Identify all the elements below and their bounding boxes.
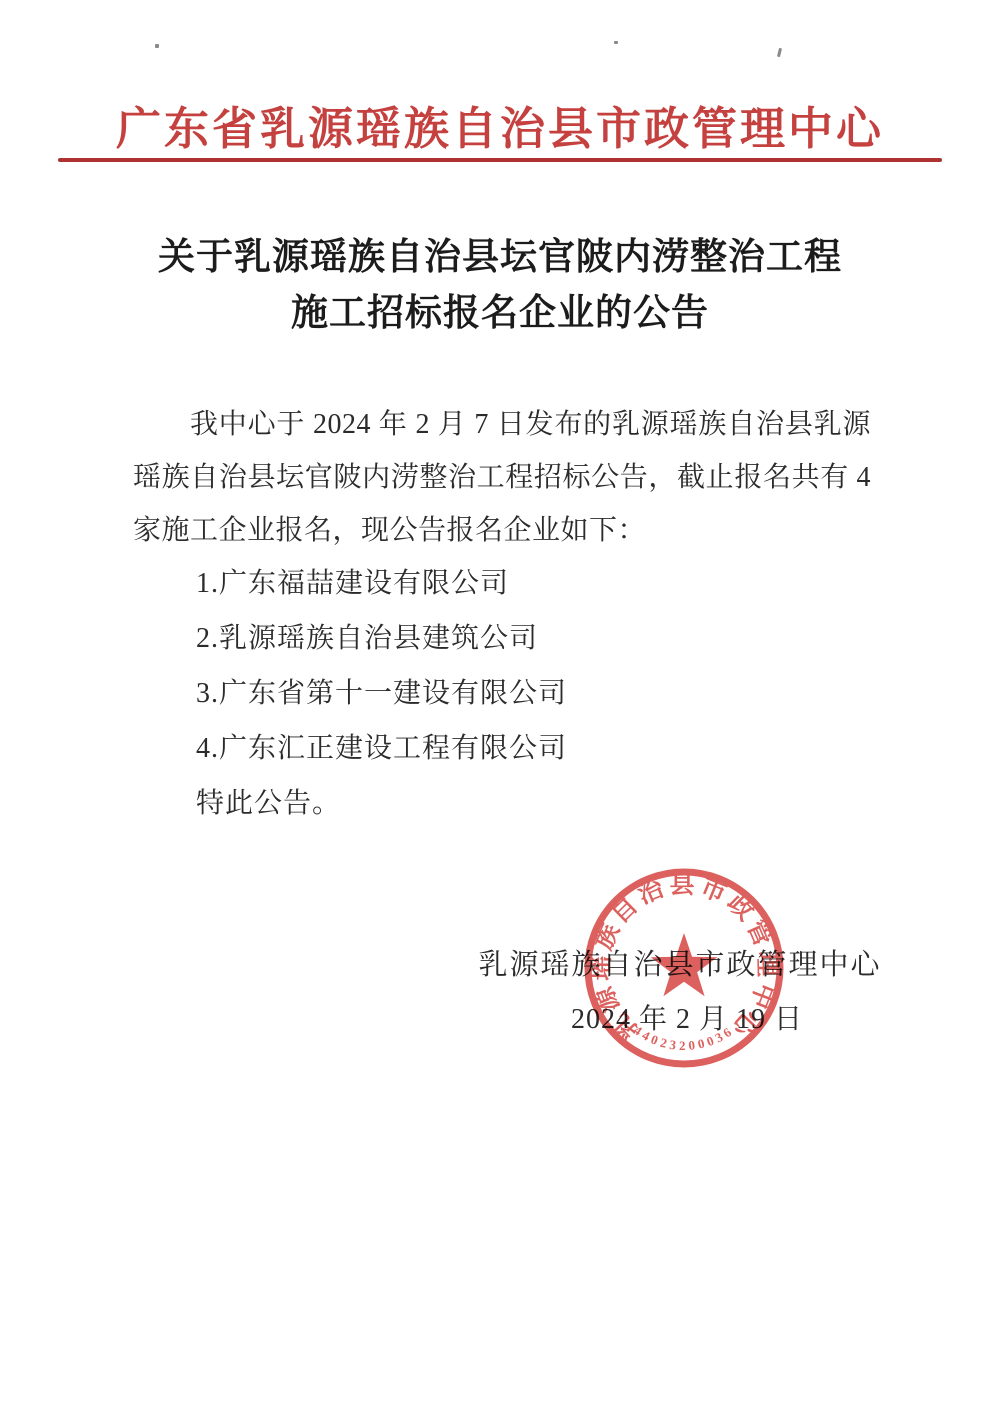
- scan-artifact: [155, 44, 159, 48]
- announcement-body-paragraph: 我中心于 2024 年 2 月 7 日发布的乳源瑶族自治县乳源瑶族自治县坛官陂内…: [133, 398, 871, 557]
- document-title-line1: 关于乳源瑶族自治县坛官陂内涝整治工程: [0, 226, 1000, 280]
- bidder-company-list: 1.广东福喆建设有限公司 2.乳源瑶族自治县建筑公司 3.广东省第十一建设有限公…: [196, 556, 567, 831]
- seal-star-icon: [651, 933, 718, 996]
- announcement-document: 广东省乳源瑶族自治县市政管理中心 关于乳源瑶族自治县坛官陂内涝整治工程 施工招标…: [0, 0, 1000, 1414]
- scan-artifact: [614, 41, 618, 44]
- company-list-item-2: 2.乳源瑶族自治县建筑公司: [196, 611, 567, 666]
- document-title-line2: 施工招标报名企业的公告: [0, 282, 1000, 336]
- letterhead-org-name: 广东省乳源瑶族自治县市政管理中心: [0, 92, 1000, 157]
- official-red-seal: 乳源瑶族自治县市政管理中心 44023200036: [578, 862, 790, 1074]
- company-list-item-3: 3.广东省第十一建设有限公司: [196, 666, 567, 721]
- seal-serial-number: 44023200036: [631, 1022, 737, 1053]
- scan-artifact: [777, 48, 782, 57]
- company-list-item-1: 1.广东福喆建设有限公司: [196, 556, 567, 611]
- closing-statement: 特此公告。: [196, 776, 567, 831]
- letterhead-divider: [58, 158, 942, 162]
- company-list-item-4: 4.广东汇正建设工程有限公司: [196, 721, 567, 776]
